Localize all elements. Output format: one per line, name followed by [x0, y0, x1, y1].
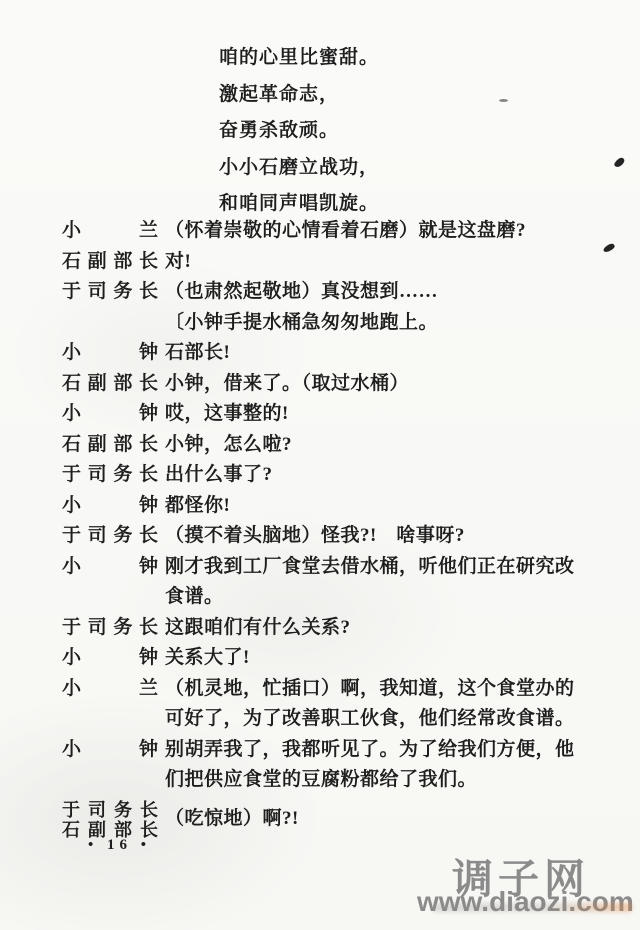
speaker-name: 小钟	[62, 643, 158, 674]
script-entry: 于司务长这跟咱们有什么关系?	[62, 613, 589, 644]
dialogue-text: 都怪你!	[165, 491, 589, 522]
speaker-name: 小钟	[62, 735, 158, 796]
watermark-faint-underlay	[432, 903, 632, 912]
script-entry: 小兰（机灵地，忙插口）啊，我知道，这个食堂办的 可好了，为了改善职工伙食，他们经…	[62, 674, 589, 735]
speaker-name: 于司务长	[62, 521, 158, 552]
scanned-script-page: { "page": { "kind": "scanned play script…	[0, 0, 640, 930]
dialogue-text: 哎，这事整的!	[165, 399, 589, 430]
script-entry: 小兰（怀着崇敬的心情看着石磨）就是这盘磨?	[62, 216, 589, 247]
speaker-name: 小钟	[62, 491, 158, 522]
stage-direction-row: 〔小钟手提水桶急匆匆地跑上。	[62, 308, 589, 339]
script-entry: 小钟关系大了!	[62, 643, 589, 674]
speaker-name: 石副部长	[62, 369, 158, 400]
script-entry: 小钟都怪你!	[62, 491, 589, 522]
script-entry: 于司务长出什么事了?	[62, 460, 589, 491]
speaker-name: 石副部长	[62, 430, 158, 461]
ink-speck	[499, 99, 508, 102]
speaker-name: 于司务长	[62, 277, 158, 308]
dialogue-text: 这跟咱们有什么关系?	[165, 613, 589, 644]
watermark-site-url: www.diaozi.com	[417, 886, 634, 918]
speaker-name: 小钟	[62, 552, 158, 613]
dialogue-text: （吃惊地）啊?!	[165, 804, 589, 835]
dialogue-text: 石部长!	[165, 338, 589, 369]
script-entry: 于司务长石副部长（吃惊地）啊?!	[62, 800, 589, 840]
script-entry: 小钟哎，这事整的!	[62, 399, 589, 430]
speaker-name: 于司务长	[62, 460, 158, 491]
poem-line: 奋勇杀敌顽。	[219, 113, 379, 150]
poem-line: 咱的心里比蜜甜。	[219, 40, 379, 77]
script-entry: 小钟刚才我到工厂食堂去借水桶，听他们正在研究改 食谱。	[62, 552, 589, 613]
poem-line: 激起革命志，	[219, 77, 379, 114]
script-entry: 石副部长小钟，怎么啦?	[62, 430, 589, 461]
speaker-name: 小钟	[62, 399, 158, 430]
dialogue-text: 关系大了!	[165, 643, 589, 674]
speaker-name: 石副部长	[62, 247, 158, 278]
page-number: • 16 •	[88, 837, 151, 854]
script-entry: 于司务长（也肃然起敬地）真没想到……	[62, 277, 589, 308]
dialogue-text: 小钟，借来了。（取过水桶）	[165, 369, 589, 400]
script-entry: 石副部长对!	[62, 247, 589, 278]
dialogue-text: 对!	[165, 247, 589, 278]
speaker-name: 于司务长石副部长	[62, 800, 158, 840]
dialogue-text: 出什么事了?	[165, 460, 589, 491]
dialogue-text: （也肃然起敬地）真没想到……	[165, 277, 589, 308]
speaker-name: 小兰	[62, 674, 158, 735]
page-background: 咱的心里比蜜甜。激起革命志，奋勇杀敌顽。小小石磨立战功，和咱同声唱凯旋。 小兰（…	[0, 0, 640, 930]
speaker-name: 小钟	[62, 338, 158, 369]
poem: 咱的心里比蜜甜。激起革命志，奋勇杀敌顽。小小石磨立战功，和咱同声唱凯旋。	[219, 40, 379, 223]
speaker-name	[62, 308, 158, 339]
ink-speck	[602, 242, 615, 253]
dialogue-text: （怀着崇敬的心情看着石磨）就是这盘磨?	[165, 216, 589, 247]
speaker-name-line: 于司务长	[62, 800, 158, 820]
ink-speck	[613, 156, 625, 169]
dialogue-text: 刚才我到工厂食堂去借水桶，听他们正在研究改 食谱。	[165, 552, 589, 613]
dialogue-text: 小钟，怎么啦?	[165, 430, 589, 461]
dialogue-text: （摸不着头脑地）怪我?! 啥事呀?	[165, 521, 589, 552]
speaker-name: 小兰	[62, 216, 158, 247]
poem-line: 小小石磨立战功，	[219, 150, 379, 187]
stage-direction-text: 〔小钟手提水桶急匆匆地跑上。	[165, 308, 589, 339]
script-entry: 小钟别胡弄我了，我都听见了。为了给我们方便，他 们把供应食堂的豆腐粉都给了我们。	[62, 735, 589, 796]
dialogue-text: （机灵地，忙插口）啊，我知道，这个食堂办的 可好了，为了改善职工伙食，他们经常改…	[165, 674, 589, 735]
dialogue-text: 别胡弄我了，我都听见了。为了给我们方便，他 们把供应食堂的豆腐粉都给了我们。	[165, 735, 589, 796]
script-entry: 石副部长小钟，借来了。（取过水桶）	[62, 369, 589, 400]
script: 小兰（怀着崇敬的心情看着石磨）就是这盘磨?石副部长对!于司务长（也肃然起敬地）真…	[62, 216, 589, 840]
script-entry: 于司务长（摸不着头脑地）怪我?! 啥事呀?	[62, 521, 589, 552]
speaker-name: 于司务长	[62, 613, 158, 644]
script-entry: 小钟石部长!	[62, 338, 589, 369]
